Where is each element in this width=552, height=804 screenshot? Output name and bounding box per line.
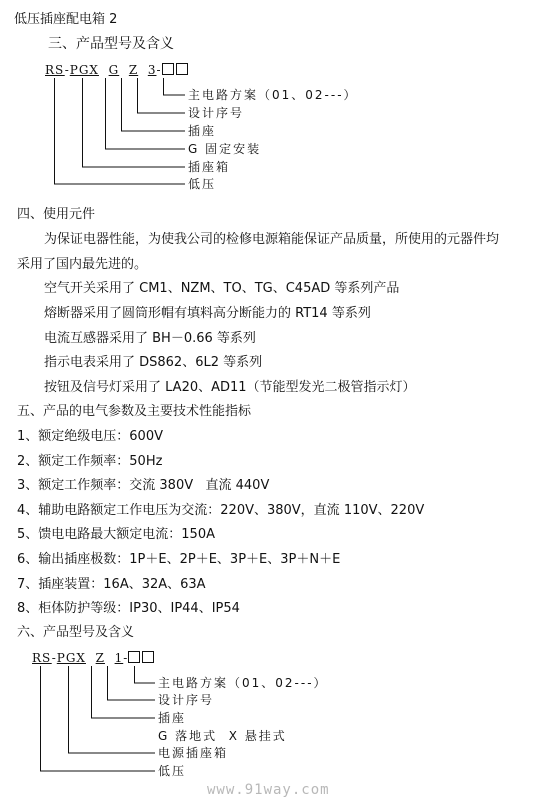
section6-legend-power-socket-box: 电源插座箱 (158, 746, 228, 760)
section6-legend-low-voltage: 低压 (158, 764, 186, 778)
watermark: www.91way.com (207, 782, 330, 798)
section6-legend-mount-type: G 落地式 X 悬挂式 (158, 729, 287, 743)
section6-legend-main-circuit: 主电路方案（01、02---） (158, 676, 328, 690)
section6-legend-socket: 插座 (158, 711, 186, 725)
section6-legend-design-number: 设计序号 (158, 693, 214, 707)
